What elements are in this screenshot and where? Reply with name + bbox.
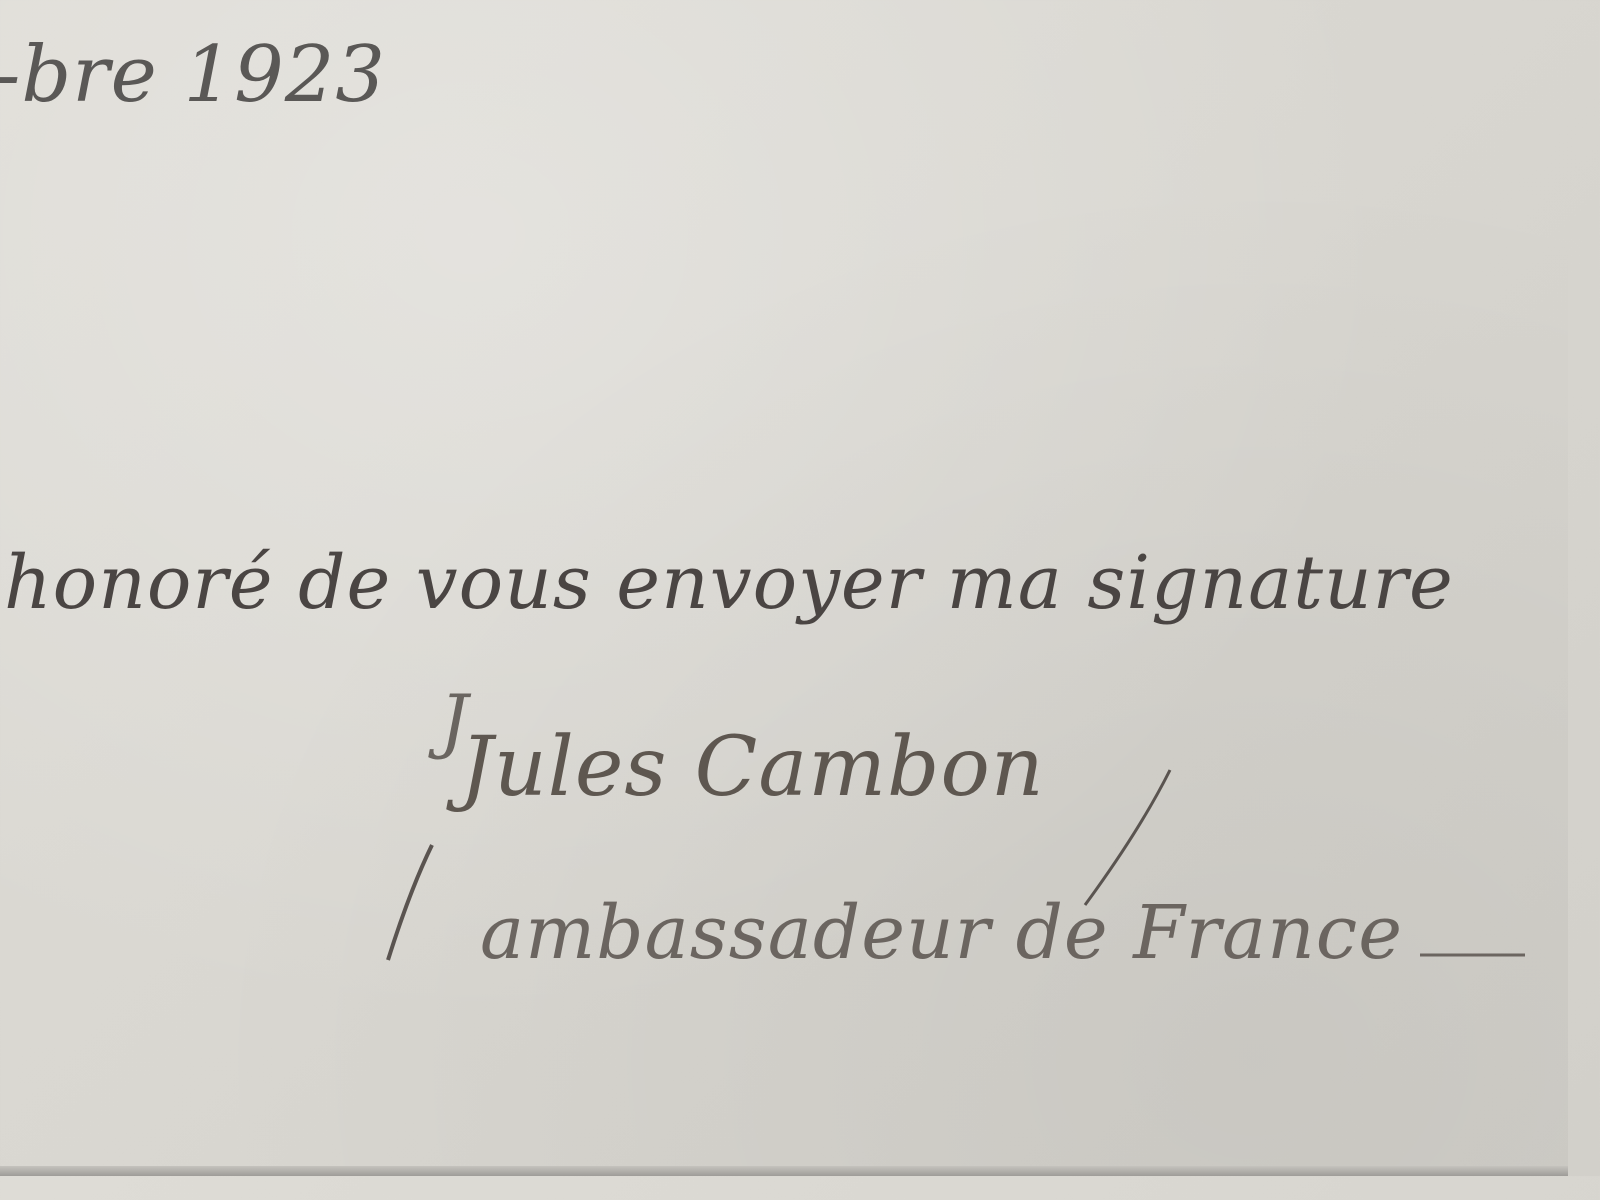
- signature-flourish-icon: [0, 0, 1568, 1176]
- page-bottom-edge: [0, 1166, 1568, 1176]
